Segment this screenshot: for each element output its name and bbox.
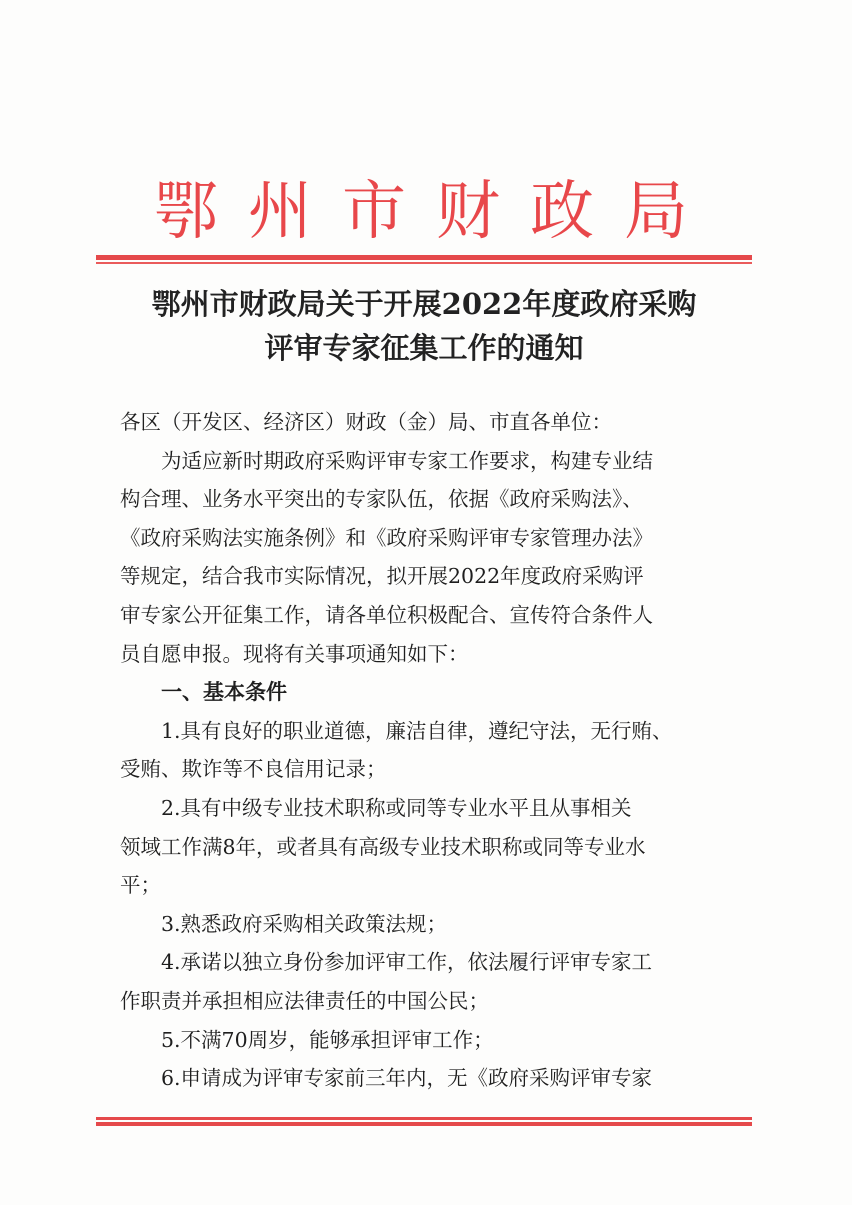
section-heading: 一、基本条件 xyxy=(120,673,732,712)
text-line: 等规定，结合我市实际情况，拟开展2022年度政府采购评 xyxy=(120,557,732,596)
letterhead-char: 州 xyxy=(248,176,312,248)
salutation: 各区（开发区、经济区）财政（金）局、市直各单位： xyxy=(120,403,732,442)
title-line-1: 鄂州市财政局关于开展2022年度政府采购 xyxy=(96,282,752,326)
condition-item: 4.承诺以独立身份参加评审工作，依法履行评审专家工 作职责并承担相应法律责任的中… xyxy=(120,943,732,1020)
text-line: 平； xyxy=(120,866,732,905)
divider-line xyxy=(96,1122,752,1126)
condition-item: 5.不满70周岁，能够承担评审工作； xyxy=(120,1021,732,1060)
text-line: 2.具有中级专业技术职称或同等专业水平且从事相关 xyxy=(120,789,732,828)
letterhead-char: 政 xyxy=(530,176,594,248)
text-line: 领域工作满8年，或者具有高级专业技术职称或同等专业水 xyxy=(120,828,732,867)
text-line: 审专家公开征集工作，请各单位积极配合、宣传符合条件人 xyxy=(120,596,732,635)
divider-line xyxy=(96,1117,752,1120)
letterhead-char: 鄂 xyxy=(154,176,218,248)
condition-item: 6.申请成为评审专家前三年内，无《政府采购评审专家 xyxy=(120,1059,732,1098)
text-line: 构合理、业务水平突出的专家队伍，依据《政府采购法》、 xyxy=(120,480,732,519)
condition-item: 2.具有中级专业技术职称或同等专业水平且从事相关 领域工作满8年，或者具有高级专… xyxy=(120,789,732,905)
text-line: 5.不满70周岁，能够承担评审工作； xyxy=(120,1021,732,1060)
letterhead-char: 财 xyxy=(436,176,500,248)
divider-thick-line xyxy=(96,255,752,260)
text-line: 4.承诺以独立身份参加评审工作，依法履行评审专家工 xyxy=(120,943,732,982)
intro-paragraph: 为适应新时期政府采购评审专家工作要求，构建专业结 构合理、业务水平突出的专家队伍… xyxy=(120,442,732,674)
condition-item: 3.熟悉政府采购相关政策法规； xyxy=(120,905,732,944)
text-line: 1.具有良好的职业道德，廉洁自律，遵纪守法，无行贿、 xyxy=(120,712,732,751)
text-line: 3.熟悉政府采购相关政策法规； xyxy=(120,905,732,944)
letterhead-char: 局 xyxy=(624,176,688,248)
letterhead-org-name: 鄂 州 市 财 政 局 xyxy=(96,176,752,248)
letterhead-divider xyxy=(96,255,752,264)
document-body: 各区（开发区、经济区）财政（金）局、市直各单位： 为适应新时期政府采购评审专家工… xyxy=(120,403,732,1098)
text-line: 为适应新时期政府采购评审专家工作要求，构建专业结 xyxy=(120,442,732,481)
text-line: 受贿、欺诈等不良信用记录； xyxy=(120,750,732,789)
condition-item: 1.具有良好的职业道德，廉洁自律，遵纪守法，无行贿、 受贿、欺诈等不良信用记录； xyxy=(120,712,732,789)
title-line-2: 评审专家征集工作的通知 xyxy=(96,326,752,370)
text-line: 《政府采购法实施条例》和《政府采购评审专家管理办法》 xyxy=(120,519,732,558)
text-line: 作职责并承担相应法律责任的中国公民； xyxy=(120,982,732,1021)
divider-thin-line xyxy=(96,262,752,264)
text-line: 员自愿申报。现将有关事项通知如下： xyxy=(120,635,732,674)
letterhead-char: 市 xyxy=(342,176,406,248)
footer-divider xyxy=(96,1117,752,1126)
text-line: 6.申请成为评审专家前三年内，无《政府采购评审专家 xyxy=(120,1059,732,1098)
document-title: 鄂州市财政局关于开展2022年度政府采购 评审专家征集工作的通知 xyxy=(96,282,752,370)
